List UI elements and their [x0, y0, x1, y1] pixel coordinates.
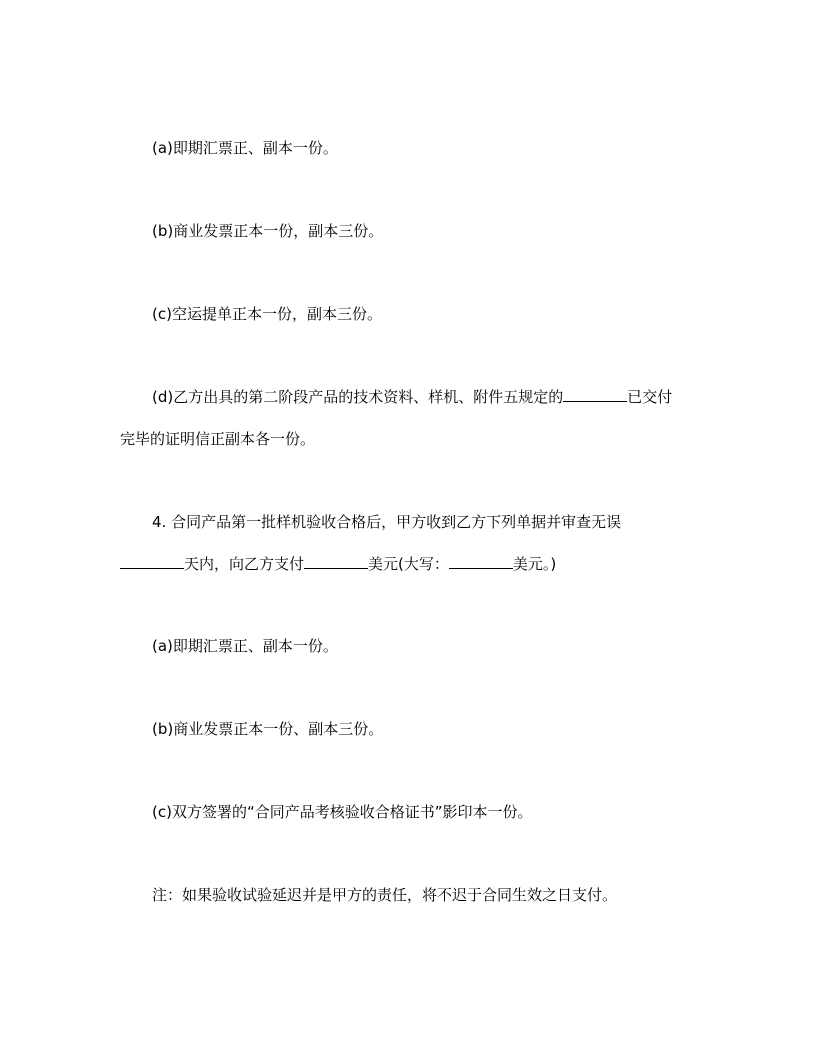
item-text: (d)乙方出具的第二阶段产品的技术资料、样机、附件五规定的	[152, 388, 563, 406]
item-d-certificate-line1: (d)乙方出具的第二阶段产品的技术资料、样机、附件五规定的已交付	[152, 387, 672, 407]
clause-text: 美元。)	[513, 555, 556, 573]
item-b-commercial-invoice-2: (b)商业发票正本一份、副本三份。	[152, 719, 383, 739]
item-a-bill-of-exchange: (a)即期汇票正、副本一份。	[152, 138, 338, 158]
item-text: (c)空运提单正本一份，副本三份。	[152, 305, 382, 323]
item-text: (a)即期汇票正、副本一份。	[152, 139, 338, 157]
clause-text: 4. 合同产品第一批样机验收合格后，甲方收到乙方下列单据并审查无误	[152, 513, 621, 531]
item-text: (c)双方签署的“合同产品考核验收合格证书”影印本一份。	[152, 803, 533, 821]
item-c-airway-bill: (c)空运提单正本一份，副本三份。	[152, 304, 382, 324]
amount-in-words-blank[interactable]	[449, 554, 513, 569]
item-d-certificate-line2: 完毕的证明信正副本各一份。	[120, 429, 315, 449]
clause-4-line1: 4. 合同产品第一批样机验收合格后，甲方收到乙方下列单据并审查无误	[152, 512, 621, 532]
item-text: (b)商业发票正本一份、副本三份。	[152, 720, 383, 738]
clause-text: 天内，向乙方支付	[184, 555, 304, 573]
document-page: (a)即期汇票正、副本一份。 (b)商业发票正本一份，副本三份。 (c)空运提单…	[0, 0, 816, 1056]
note-text: 注：如果验收试验延迟并是甲方的责任，将不迟于合同生效之日支付。	[152, 886, 617, 904]
amount-blank[interactable]	[304, 554, 368, 569]
fill-in-blank[interactable]	[563, 387, 627, 402]
clause-text: 美元(大写：	[368, 555, 449, 573]
item-text: (b)商业发票正本一份，副本三份。	[152, 222, 383, 240]
item-text: 完毕的证明信正副本各一份。	[120, 430, 315, 448]
days-blank[interactable]	[120, 554, 184, 569]
clause-4-line2: 天内，向乙方支付美元(大写：美元。)	[120, 554, 556, 574]
item-a-bill-of-exchange-2: (a)即期汇票正、副本一份。	[152, 636, 338, 656]
note-paragraph: 注：如果验收试验延迟并是甲方的责任，将不迟于合同生效之日支付。	[152, 885, 617, 905]
item-text: (a)即期汇票正、副本一份。	[152, 637, 338, 655]
item-text: 已交付	[627, 388, 672, 406]
item-c-acceptance-certificate: (c)双方签署的“合同产品考核验收合格证书”影印本一份。	[152, 802, 533, 822]
item-b-commercial-invoice: (b)商业发票正本一份，副本三份。	[152, 221, 383, 241]
